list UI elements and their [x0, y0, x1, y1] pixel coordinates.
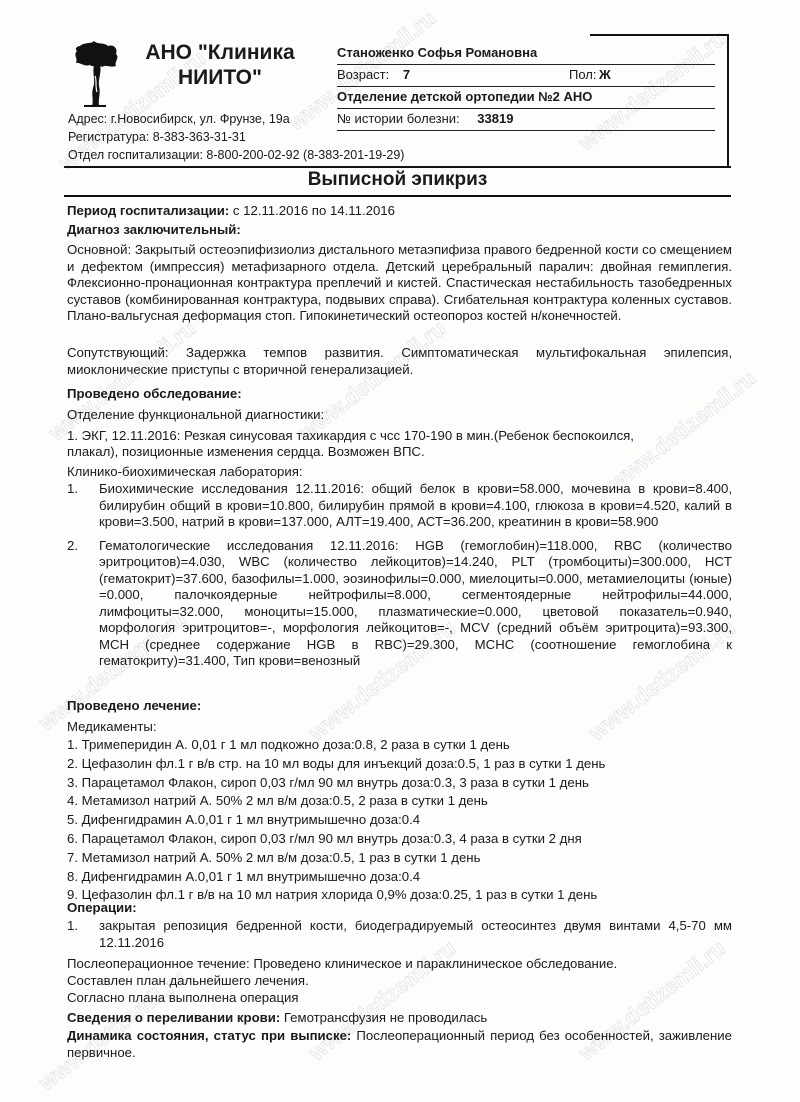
medications-list: 1. Тримеперидин А. 0,01 г 1 мл подкожно …: [67, 736, 732, 905]
lab-item-text: Биохимические исследования 12.11.2016: о…: [99, 481, 732, 531]
period-value: с 12.11.2016 по 14.11.2016: [229, 203, 395, 218]
exam-heading: Проведено обследование:: [67, 386, 732, 403]
discharge-summary-page: www.detizemli.ru www.detizemli.ru www.de…: [0, 0, 800, 1102]
lab-item-text: Гематологические исследования 12.11.2016…: [99, 538, 732, 670]
operations-heading: Операции:: [67, 900, 732, 917]
clinic-name: АНО "Клиника НИИТО": [125, 40, 315, 90]
title-divider: [64, 195, 731, 197]
sex-value: Ж: [599, 64, 611, 86]
period-label: Период госпитализации:: [67, 203, 229, 218]
lab-results-list: 1. Биохимические исследования 12.11.2016…: [67, 481, 732, 670]
operation-number: 1.: [67, 918, 99, 951]
medication-item: 8. Дифенгидрамин А.0,01 г 1 мл внутримыш…: [67, 868, 732, 887]
patient-box-frame-right: [727, 34, 729, 166]
sex-label: Пол:: [569, 64, 597, 86]
diagnosis-concomitant: Сопутствующий: Задержка темпов развития.…: [67, 345, 732, 378]
clinic-address: Адрес: г.Новосибирск, ул. Фрунзе, 19а: [68, 112, 290, 126]
postop-course-line-3: Согласно плана выполнена операция: [67, 990, 732, 1007]
hospitalization-period: Период госпитализации: с 12.11.2016 по 1…: [67, 203, 732, 220]
age-value: 7: [403, 67, 410, 82]
watermark: www.detizemli.ru: [44, 315, 201, 446]
medication-item: 4. Метамизол натрий А. 50% 2 мл в/м доза…: [67, 792, 732, 811]
tree-logo-icon: [72, 40, 122, 108]
department-name: Отделение детской ортопедии №2 АНО: [337, 89, 592, 104]
operation-item: 1. закрытая репозиция бедренной кости, б…: [67, 918, 732, 951]
postop-course-line-2: Составлен план дальнейшего лечения.: [67, 973, 732, 990]
clinic-name-line2: НИИТО": [125, 65, 315, 90]
discharge-label: Динамика состояния, статус при выписке:: [67, 1028, 351, 1043]
document-title: Выписной эпикриз: [64, 168, 731, 192]
medication-item: 1. Тримеперидин А. 0,01 г 1 мл подкожно …: [67, 736, 732, 755]
clinic-name-line1: АНО "Клиника: [125, 40, 315, 65]
medications-label: Медикаменты:: [67, 719, 732, 736]
medication-item: 7. Метамизол натрий А. 50% 2 мл в/м доза…: [67, 849, 732, 868]
blood-transfusion-info: Сведения о переливании крови: Гемотрансф…: [67, 1010, 732, 1027]
medication-item: 6. Парацетамол Флакон, сироп 0,03 г/мл 9…: [67, 830, 732, 849]
diagnosis-heading: Диагноз заключительный:: [67, 222, 732, 239]
patient-box-frame-top: [590, 34, 729, 36]
operation-text: закрытая репозиция бедренной кости, биод…: [99, 918, 732, 951]
ecg-line-1: 1. ЭКГ, 12.11.2016: Резкая синусовая тах…: [67, 428, 732, 445]
patient-name-row: Станоженко Софья Романовна: [337, 42, 715, 65]
diagnosis-main: Основной: Закрытый остеоэпифизиолиз дист…: [67, 242, 732, 325]
clinic-registry-phone: Регистратура: 8-383-363-31-31: [68, 130, 246, 144]
ecg-line-2: плакал), позиционные изменения сердца. В…: [67, 444, 732, 461]
functional-diagnostics-label: Отделение функциональной диагностики:: [67, 407, 732, 424]
medication-item: 3. Парацетамол Флакон, сироп 0,03 г/мл 9…: [67, 774, 732, 793]
treatment-heading: Проведено лечение:: [67, 698, 732, 715]
history-number-value: 33819: [477, 111, 513, 126]
patient-name: Станоженко Софья Романовна: [337, 45, 537, 60]
lab-item-number: 2.: [67, 538, 99, 670]
postop-course-line-1: Послеоперационное течение: Проведено кли…: [67, 956, 732, 973]
patient-age-sex-row: Возраст: 7 Пол: Ж: [337, 64, 715, 87]
lab-result-item: 2. Гематологические исследования 12.11.2…: [67, 538, 732, 670]
discharge-status: Динамика состояния, статус при выписке: …: [67, 1028, 732, 1061]
clinic-hospitalization-phone: Отдел госпитализации: 8-800-200-02-92 (8…: [68, 148, 404, 162]
transfusion-label: Сведения о переливании крови:: [67, 1010, 280, 1025]
age-label: Возраст:: [337, 67, 389, 82]
lab-label: Клинико-биохимическая лаборатория:: [67, 464, 732, 481]
history-number-row: № истории болезни: 33819: [337, 108, 715, 131]
transfusion-value: Гемотрансфузия не проводилась: [280, 1010, 487, 1025]
watermark: www.detizemli.ru: [294, 315, 451, 446]
department-row: Отделение детской ортопедии №2 АНО: [337, 86, 715, 109]
medication-item: 2. Цефазолин фл.1 г в/в стр. на 10 мл во…: [67, 755, 732, 774]
operations-list: 1. закрытая репозиция бедренной кости, б…: [67, 918, 732, 951]
medication-item: 5. Дифенгидрамин А.0,01 г 1 мл внутримыш…: [67, 811, 732, 830]
lab-item-number: 1.: [67, 481, 99, 531]
history-number-label: № истории болезни:: [337, 111, 460, 126]
lab-result-item: 1. Биохимические исследования 12.11.2016…: [67, 481, 732, 531]
